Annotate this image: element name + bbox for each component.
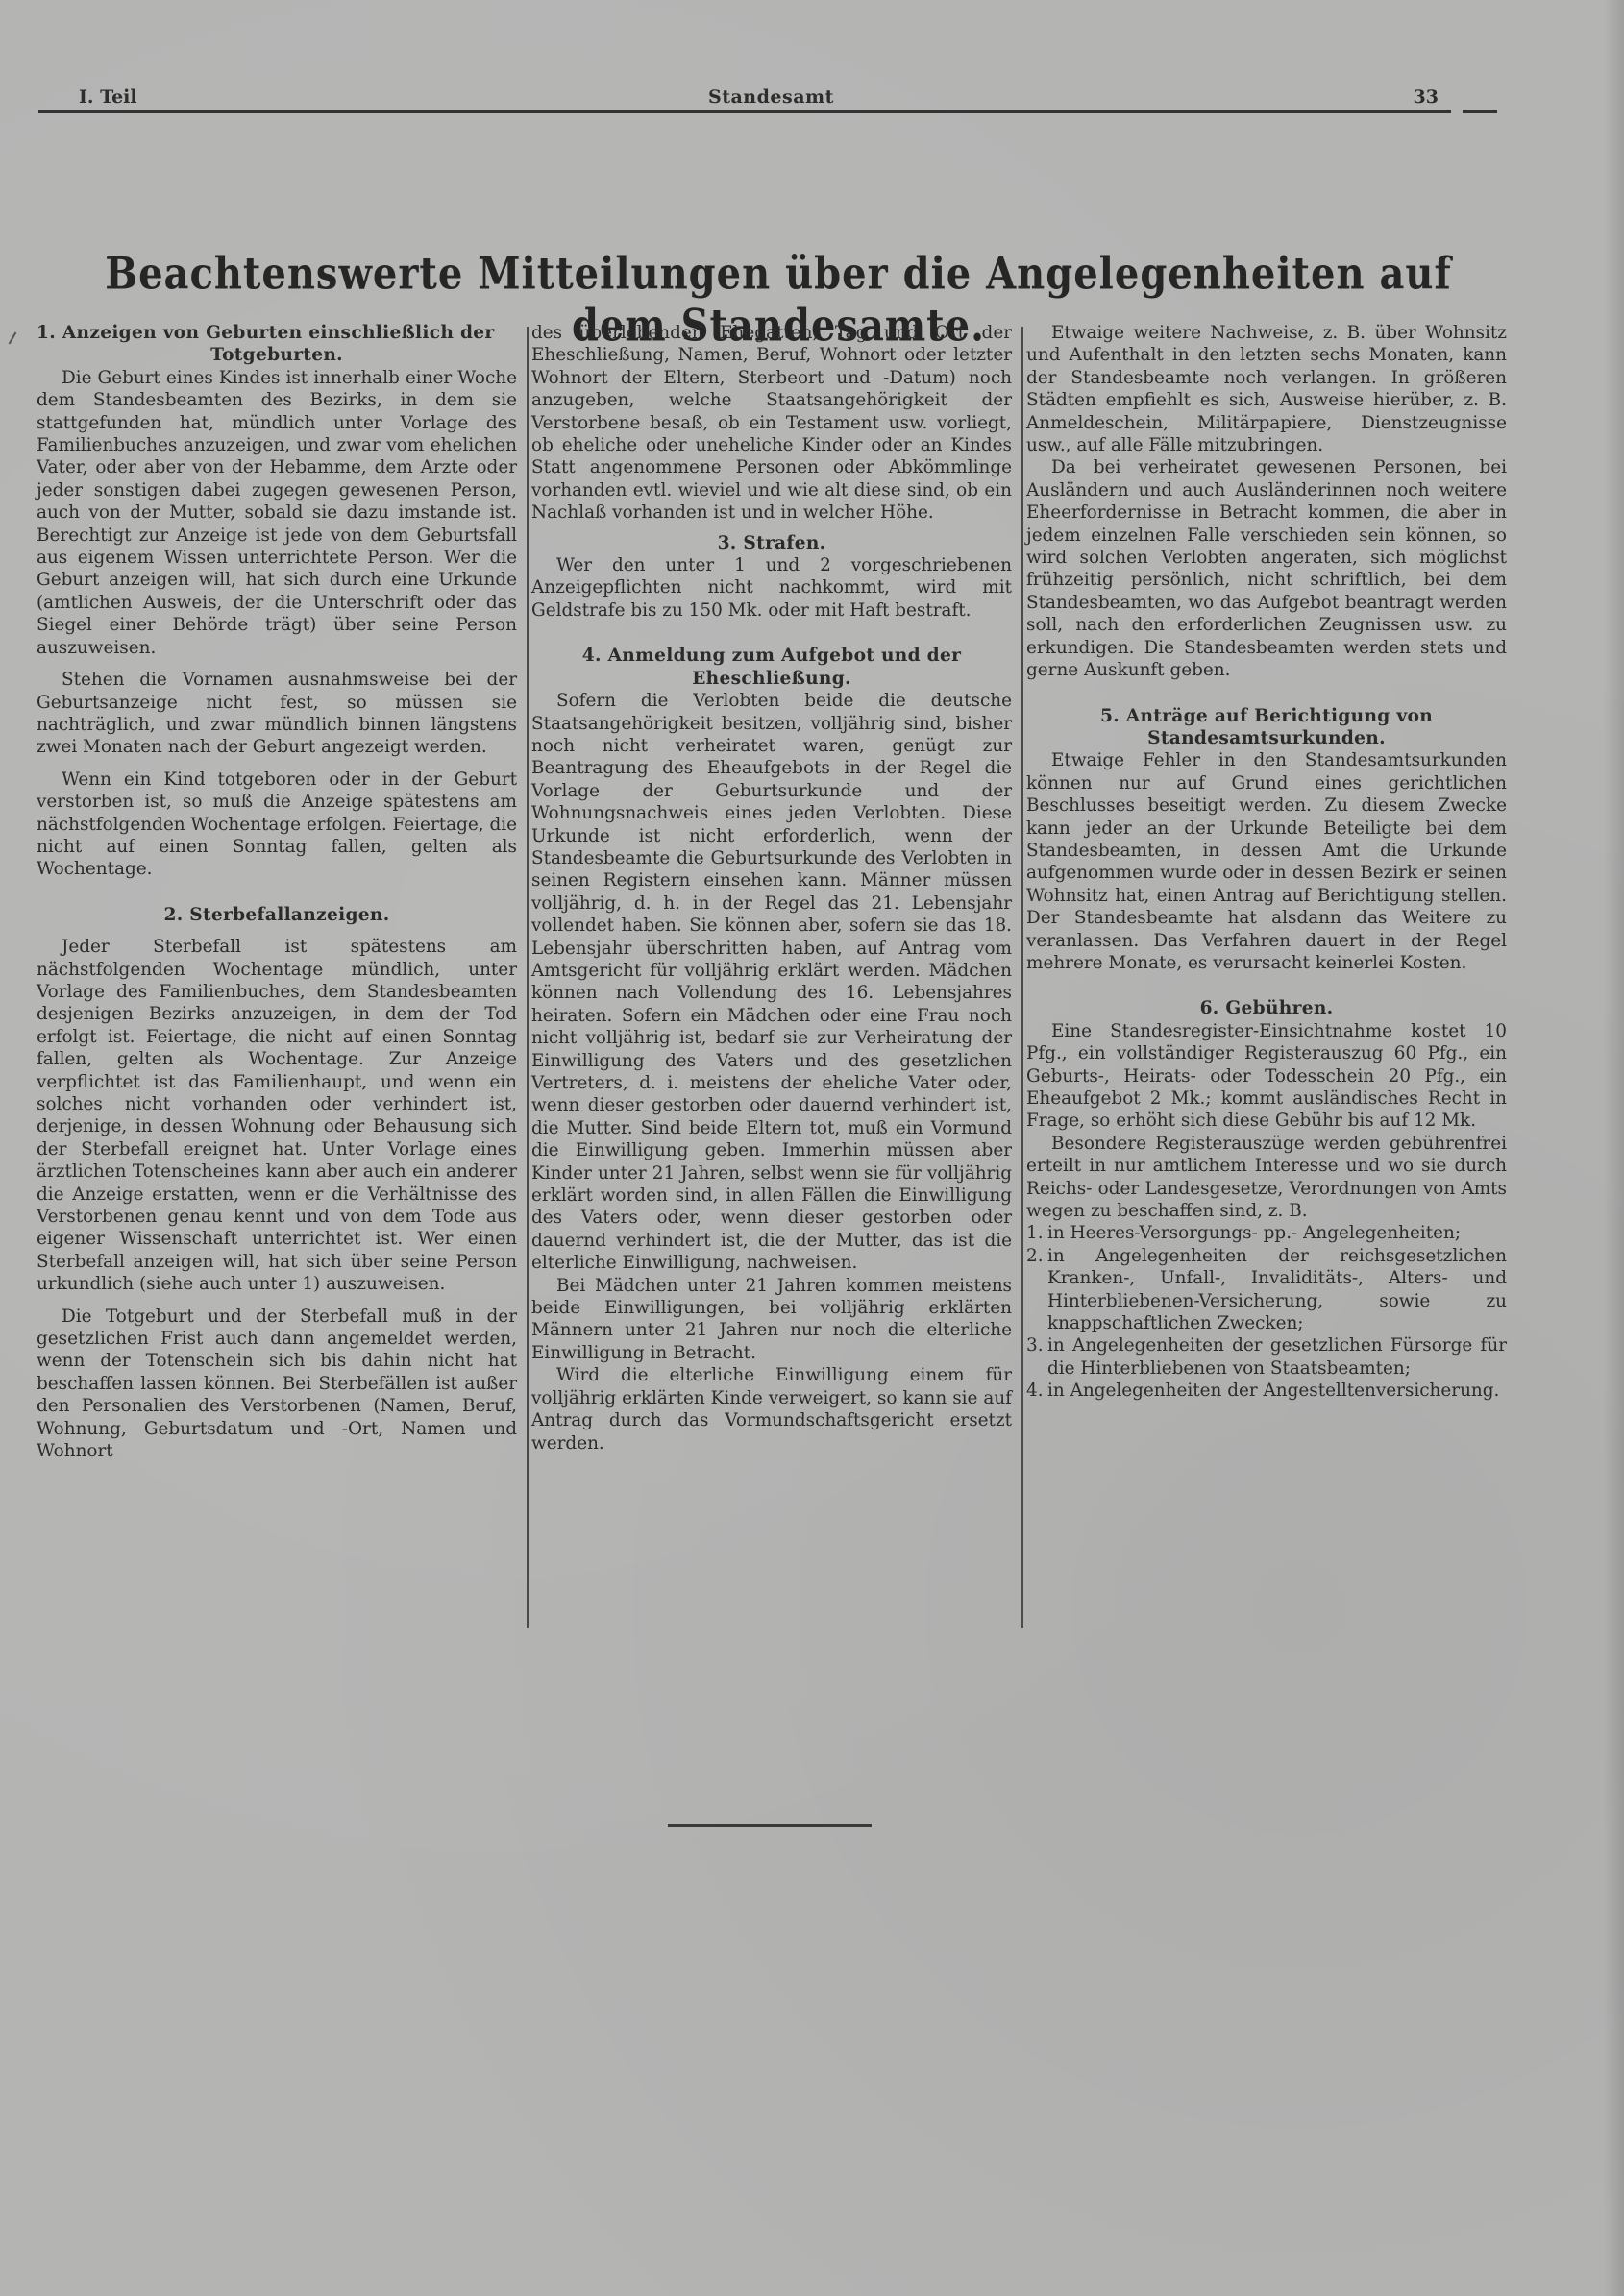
paragraph: Etwaige weitere Nachweise, z. B. über Wo… bbox=[1026, 322, 1507, 456]
column-1: 1. Anzeigen von Geburten einschließlich … bbox=[37, 322, 517, 1463]
document-page: I. Teil Standesamt 33 Beachtenswerte Mit… bbox=[0, 0, 1624, 2296]
column-divider bbox=[1021, 327, 1023, 1628]
section-heading-6: 6. Gebühren. bbox=[1026, 997, 1507, 1019]
column-2: des überlebenden Ehegatten, Tag und Ort … bbox=[531, 322, 1012, 1454]
end-rule bbox=[668, 1824, 872, 1827]
paragraph: Besondere Registerauszüge werden gebühre… bbox=[1026, 1133, 1507, 1223]
section-label: Standesamt bbox=[708, 86, 834, 108]
paragraph: Wer den unter 1 und 2 vorgeschriebenen A… bbox=[531, 554, 1012, 622]
paragraph: Wenn ein Kind totgeboren oder in der Geb… bbox=[37, 769, 517, 881]
paragraph: Die Totgeburt und der Sterbefall muß in … bbox=[37, 1306, 517, 1463]
paragraph: Etwaige Fehler in den Standesamtsurkunde… bbox=[1026, 749, 1507, 974]
section-heading-2: 2. Sterbefallanzeigen. bbox=[37, 904, 517, 926]
page-edge-shadow bbox=[1603, 0, 1624, 2296]
section-heading-5: 5. Anträge auf Berichtigung von Standesa… bbox=[1026, 705, 1507, 750]
paragraph: Bei Mädchen unter 21 Jahren kommen meist… bbox=[531, 1275, 1012, 1365]
paragraph: Die Geburt eines Kindes ist innerhalb ei… bbox=[37, 367, 517, 659]
list-item: 2.in Angelegenheiten der reichsgesetzlic… bbox=[1026, 1245, 1507, 1335]
header-rule bbox=[38, 110, 1451, 113]
list-item: 1.in Heeres-Versorgungs- pp.- Angelegenh… bbox=[1026, 1222, 1507, 1244]
column-3: Etwaige weitere Nachweise, z. B. über Wo… bbox=[1026, 322, 1507, 1403]
fee-exemption-list: 1.in Heeres-Versorgungs- pp.- Angelegenh… bbox=[1026, 1222, 1507, 1402]
paragraph: Stehen die Vornamen ausnahmsweise bei de… bbox=[37, 669, 517, 759]
section-heading-4: 4. Anmeldung zum Aufgebot und der Ehesch… bbox=[531, 645, 1012, 690]
list-item: 3.in Angelegenheiten der gesetzlichen Fü… bbox=[1026, 1334, 1507, 1380]
paragraph: des überlebenden Ehegatten, Tag und Ort … bbox=[531, 322, 1012, 525]
part-label: I. Teil bbox=[79, 86, 137, 108]
paragraph: Jeder Sterbefall ist spätestens am nächs… bbox=[37, 936, 517, 1296]
margin-mark bbox=[9, 331, 17, 344]
paragraph: Da bei verheiratet gewesenen Personen, b… bbox=[1026, 456, 1507, 681]
page-number: 33 bbox=[1414, 86, 1439, 108]
column-divider bbox=[527, 327, 529, 1628]
section-heading-1: 1. Anzeigen von Geburten einschließlich … bbox=[37, 322, 517, 367]
section-heading-3: 3. Strafen. bbox=[531, 532, 1012, 554]
header-rule-tail bbox=[1463, 110, 1497, 113]
paragraph: Eine Standesregister-Einsichtnahme koste… bbox=[1026, 1020, 1507, 1133]
paragraph: Wird die elterliche Einwilligung einem f… bbox=[531, 1364, 1012, 1454]
paragraph: Sofern die Verlobten beide die deutsche … bbox=[531, 690, 1012, 1275]
list-item: 4.in Angelegenheiten der Angestelltenver… bbox=[1026, 1380, 1507, 1402]
